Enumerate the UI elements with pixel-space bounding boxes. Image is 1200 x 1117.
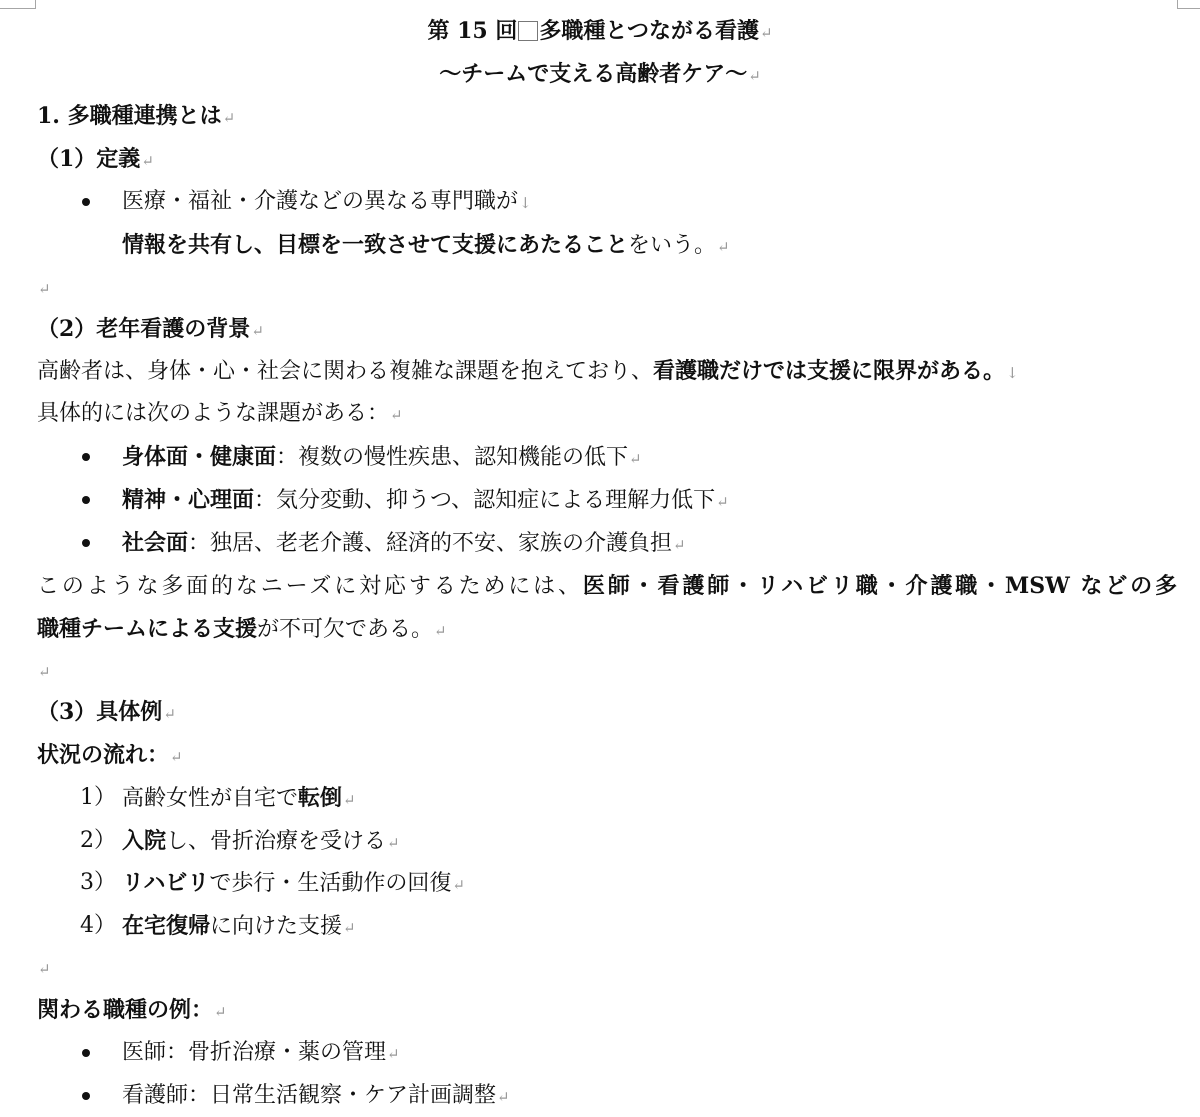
step-text: で歩行・生活動作の回復 [209,871,451,896]
empty-paragraph: ↵ [37,953,51,983]
paragraph-mark: ↵ [497,1088,510,1106]
separator: ： [188,531,210,556]
list-item: 医師：骨折治療・薬の管理↵ [122,1038,400,1068]
subsection-heading-text: （1）定義 [37,146,140,172]
bullet-icon [82,1092,90,1100]
roles-heading: 関わる職種の例：↵ [37,995,227,1025]
crop-mark-top-right [1177,0,1200,9]
body-paragraph: 具体的には次のような課題がある：↵ [37,399,403,429]
role-duty: 日常生活観察・ケア計画調整 [210,1083,496,1108]
body-text: 高齢者は、身体・心・社会に関わる複雑な課題を抱えており、 [37,359,653,384]
step-text: し、骨折治療を受ける [166,829,386,854]
flow-step: 在宅復帰に向けた支援↵ [122,911,356,941]
emphasis-text: 情報を共有し、目標を一致させて支援にあたること [122,232,628,258]
step-text: 高齢女性が自宅で [122,786,298,811]
list-item-continuation: 情報を共有し、目標を一致させて支援にあたることをいう。↵ [122,230,730,260]
step-number: 1） [80,783,116,813]
paragraph-mark: ↵ [343,791,356,809]
line-break-mark: ↓ [519,194,532,212]
emphasis-text: 転倒 [298,785,342,811]
role-duty: 骨折治療・薬の管理 [188,1040,386,1065]
bullet-icon [82,496,90,504]
paragraph-mark: ↵ [387,834,400,852]
paragraph-mark: ↵ [673,536,686,554]
flow-step: リハビリで歩行・生活動作の回復↵ [122,868,465,898]
paragraph-mark: ↵ [343,919,356,937]
paragraph-mark: ↵ [38,663,51,681]
role-name: 医師 [122,1040,166,1065]
body-text: このような多面的なニーズに対応するためには、 [37,574,583,599]
paragraph-mark: ↵ [390,406,403,424]
issue-text: 複数の慢性疾患、認知機能の低下 [298,445,628,470]
step-number: 2） [80,826,116,856]
issue-text: 独居、老老介護、経済的不安、家族の介護負担 [210,531,672,556]
list-item: 精神・心理面：気分変動、抑うつ、認知症による理解力低下↵ [122,485,729,515]
flow-step: 高齢女性が自宅で転倒↵ [122,783,356,813]
list-item-text: 医療・福祉・介護などの異なる専門職が [122,189,518,214]
paragraph-mark: ↵ [223,109,236,127]
paragraph-mark: ↵ [38,280,51,298]
bullet-icon [82,198,90,206]
paragraph-mark: ↵ [760,24,773,42]
bullet-icon [82,1049,90,1057]
emphasis-text: 職種チームによる支援 [37,616,257,642]
flow-heading-text: 状況の流れ： [37,742,169,768]
issue-label: 社会面 [122,530,188,556]
emphasis-text: 医師・看護師・リハビリ職・介護職・MSW などの多 [583,573,1177,599]
crop-mark-top-left [0,0,36,9]
paragraph-mark: ↵ [38,960,51,978]
section-heading-text: 1. 多職種連携とは [37,103,222,129]
body-paragraph: 高齢者は、身体・心・社会に関わる複雑な課題を抱えており、看護職だけでは支援に限界… [37,356,1019,386]
role-name: 看護師 [122,1083,188,1108]
subsection-heading-definition: （1）定義↵ [37,144,154,174]
paragraph-mark: ↵ [141,152,154,170]
issue-text: 気分変動、抑うつ、認知症による理解力低下 [276,488,715,513]
body-paragraph-continuation: 職種チームによる支援が不可欠である。↵ [37,614,447,644]
paragraph-mark: ↵ [748,67,761,85]
issue-label: 身体面・健康面 [122,444,276,470]
separator: ： [254,488,276,513]
missing-glyph-box [518,21,538,41]
emphasis-text: リハビリ [122,870,209,896]
list-item-text: をいう。 [628,233,716,258]
document-subtitle: 〜チームで支える高齢者ケア〜↵ [0,59,1200,89]
paragraph-mark: ↵ [163,705,176,723]
step-text: に向けた支援 [210,914,342,939]
step-number: 3） [80,868,116,898]
body-text: が不可欠である。 [257,617,433,642]
subsection-heading-example: （3）具体例↵ [37,697,176,727]
subsection-heading-text: （2）老年看護の背景 [37,316,250,342]
paragraph-mark: ↵ [214,1003,227,1021]
subsection-heading-background: （2）老年看護の背景↵ [37,314,264,344]
paragraph-mark: ↵ [170,748,183,766]
separator: ： [188,1083,210,1108]
line-break-mark: ↓ [1006,364,1019,382]
body-paragraph: このような多面的なニーズに対応するためには、医師・看護師・リハビリ職・介護職・M… [37,571,1177,601]
bullet-icon [82,539,90,547]
paragraph-mark: ↵ [629,450,642,468]
issue-label: 精神・心理面 [122,487,254,513]
separator: ： [166,1040,188,1065]
flow-heading: 状況の流れ：↵ [37,740,183,770]
title-lesson-number: 第 15 回 [427,18,517,44]
emphasis-text: 入院 [122,828,166,854]
list-item: 社会面：独居、老老介護、経済的不安、家族の介護負担↵ [122,528,686,558]
empty-paragraph: ↵ [37,656,51,686]
subsection-heading-text: （3）具体例 [37,699,162,725]
paragraph-mark: ↵ [387,1045,400,1063]
emphasis-text: 在宅復帰 [122,913,210,939]
paragraph-mark: ↵ [434,622,447,640]
paragraph-mark: ↵ [717,238,730,256]
emphasis-text: 看護職だけでは支援に限界がある。 [653,358,1005,384]
list-item: 身体面・健康面：複数の慢性疾患、認知機能の低下↵ [122,442,642,472]
body-text: 具体的には次のような課題がある： [37,401,389,426]
empty-paragraph: ↵ [37,273,51,303]
paragraph-mark: ↵ [251,322,264,340]
list-item: 看護師：日常生活観察・ケア計画調整↵ [122,1081,510,1111]
paragraph-mark: ↵ [452,876,465,894]
flow-step: 入院し、骨折治療を受ける↵ [122,826,400,856]
document-title: 第 15 回多職種とつながる看護↵ [0,16,1200,46]
separator: ： [276,445,298,470]
title-text: 多職種とつながる看護 [539,18,759,44]
subtitle-text: 〜チームで支える高齢者ケア〜 [439,61,747,87]
step-number: 4） [80,911,116,941]
paragraph-mark: ↵ [716,493,729,511]
roles-heading-text: 関わる職種の例： [37,997,213,1023]
bullet-icon [82,453,90,461]
list-item: 医療・福祉・介護などの異なる専門職が↓ [122,187,532,217]
section-heading: 1. 多職種連携とは↵ [37,101,235,131]
